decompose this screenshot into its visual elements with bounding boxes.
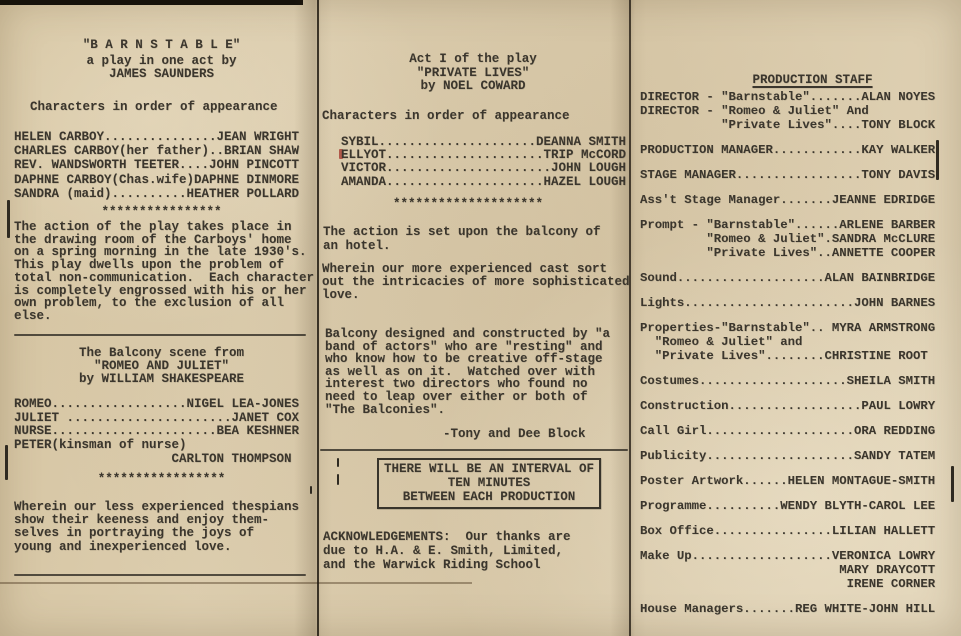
- staff-entry: House Managers.......REG WHITE-JOHN HILL: [640, 602, 950, 616]
- ink-mark: [337, 458, 339, 467]
- star-divider: *****************: [14, 473, 309, 487]
- staff-entry: DIRECTOR - "Barnstable".......ALAN NOYES…: [640, 90, 950, 132]
- staff-entry: Properties-"Barnstable".. MYRA ARMSTRONG…: [640, 321, 950, 363]
- star-divider: ****************: [14, 206, 309, 220]
- setting-note: The action is set upon the balcony of an…: [323, 226, 601, 253]
- synopsis: The action of the play takes place in th…: [14, 221, 314, 323]
- act-title: Act I of the play "PRIVATE LIVES" by NOE…: [323, 53, 623, 94]
- staff-entry: Box Office................LILIAN HALLETT: [640, 524, 950, 538]
- staff-entry: Prompt - "Barnstable"......ARLENE BARBER…: [640, 218, 950, 260]
- staff-entry: Lights.......................JOHN BARNES: [640, 296, 950, 310]
- staff-entry: STAGE MANAGER.................TONY DAVIS: [640, 168, 950, 182]
- acknowledgements: ACKNOWLEDGEMENTS: Our thanks are due to …: [323, 531, 571, 572]
- staff-entry: Sound....................ALAN BAINBRIDGE: [640, 271, 950, 285]
- ink-mark: [5, 445, 8, 480]
- scene-cast-list: ROMEO..................NIGEL LEA-JONES J…: [14, 398, 299, 467]
- cast-list: HELEN CARBOY...............JEAN WRIGHT C…: [14, 130, 299, 201]
- staff-entry: Programme..........WENDY BLYTH-CAROL LEE: [640, 499, 950, 513]
- staff-entry: Construction..................PAUL LOWRY: [640, 399, 950, 413]
- interval-notice: THERE WILL BE AN INTERVAL OF TEN MINUTES…: [379, 463, 599, 504]
- staff-entry: Call Girl....................ORA REDDING: [640, 424, 950, 438]
- section-divider: [320, 449, 628, 451]
- interval-notice-box: THERE WILL BE AN INTERVAL OF TEN MINUTES…: [377, 458, 601, 509]
- section-divider: [14, 574, 306, 576]
- credit-signature: -Tony and Dee Block: [443, 428, 586, 442]
- cast-list: SYBIL.....................DEANNA SMITH E…: [341, 136, 626, 189]
- ink-mark: [337, 474, 339, 485]
- staff-entry: Poster Artwork......HELEN MONTAGUE-SMITH: [640, 474, 950, 488]
- play-byline: a play in one act by JAMES SAUNDERS: [14, 55, 309, 81]
- staff-entry: Costumes....................SHEILA SMITH: [640, 374, 950, 388]
- scan-edge-top: [0, 0, 303, 5]
- synopsis: Wherein our more experienced cast sort o…: [322, 263, 630, 303]
- star-divider: ********************: [323, 198, 613, 212]
- balcony-credit-note: Balcony designed and constructed by "a b…: [325, 328, 610, 416]
- ink-mark: [951, 466, 954, 502]
- section-divider: [14, 334, 306, 336]
- cast-heading: Characters in order of appearance: [30, 101, 278, 115]
- ink-mark: [310, 486, 312, 494]
- scene-synopsis: Wherein our less experienced thespians s…: [14, 501, 299, 554]
- staff-entry: Publicity....................SANDY TATEM: [640, 449, 950, 463]
- ink-mark: [7, 200, 10, 238]
- programme-page: "B A R N S T A B L E" a play in one act …: [0, 0, 961, 636]
- staff-list: DIRECTOR - "Barnstable".......ALAN NOYES…: [640, 90, 950, 627]
- staff-heading-text: PRODUCTION STAFF: [752, 73, 872, 87]
- sheet-edge-bottom: [0, 582, 472, 584]
- fold-line-left: [317, 0, 319, 636]
- scene-title: The Balcony scene from "ROMEO AND JULIET…: [14, 347, 309, 387]
- play-title: "B A R N S T A B L E": [14, 39, 309, 53]
- staff-entry: PRODUCTION MANAGER............KAY WALKER: [640, 143, 950, 157]
- cast-heading: Characters in order of appearance: [322, 110, 570, 124]
- staff-entry: Ass't Stage Manager.......JEANNE EDRIDGE: [640, 193, 950, 207]
- fold-line-right: [629, 0, 631, 636]
- staff-entry: Make Up...................VERONICA LOWRY…: [640, 549, 950, 591]
